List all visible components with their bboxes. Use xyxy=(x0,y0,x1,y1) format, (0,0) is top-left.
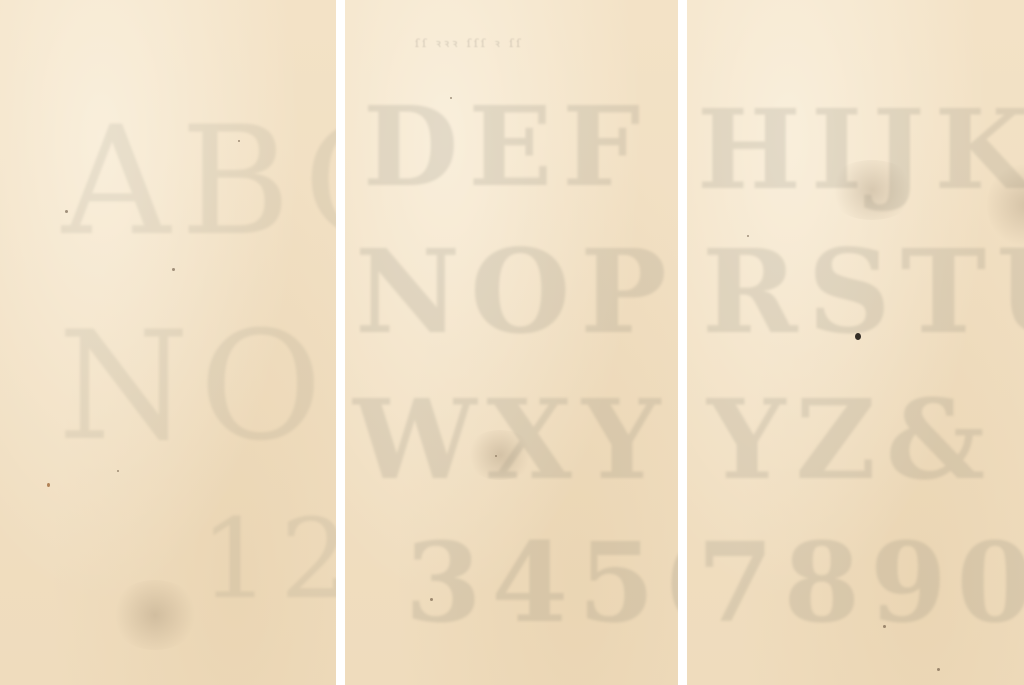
paper-speck xyxy=(117,470,119,472)
paper-speck xyxy=(937,668,940,671)
paper-speck xyxy=(883,625,886,628)
paper-speck xyxy=(747,235,749,237)
paper-speck xyxy=(238,140,240,142)
paper-speck xyxy=(65,210,68,213)
ghost-letters-row: NOPQ xyxy=(355,225,678,360)
paper-speck xyxy=(855,333,861,340)
ghost-numerals-row: 7890 xyxy=(697,518,1024,647)
paper-stain xyxy=(827,160,917,220)
ghost-letters-row: YZ& xyxy=(707,375,1024,504)
panel-gap xyxy=(678,0,687,685)
ghost-numerals-row: 3456 xyxy=(405,518,678,647)
ghost-letters-row: ABCD xyxy=(62,95,336,269)
paper-speck xyxy=(47,483,50,487)
ghost-numerals-row: 12 xyxy=(200,495,336,623)
paper-stain xyxy=(465,430,535,480)
paper-speck xyxy=(172,268,175,271)
paper-speck xyxy=(450,97,452,99)
ghost-letters-row: NOPQ xyxy=(58,300,336,474)
ghost-letters-row: RSTUV xyxy=(702,225,1024,360)
panel-gap xyxy=(336,0,345,685)
paper-panel-middle: ſſ ꝛꝛꝛ ſſſ ꝛ ſſ DEF NOPQ WXY 3456 xyxy=(345,0,678,685)
paper-panel-right: HIJKLM RSTUV YZ& 7890 xyxy=(687,0,1024,685)
ghost-header-text: ſſ ꝛꝛꝛ ſſſ ꝛ ſſ xyxy=(415,36,523,51)
ghost-letters-row: DEF xyxy=(363,82,678,211)
paper-panel-left: ABCD NOPQ 12 xyxy=(0,0,336,685)
paper-speck xyxy=(430,598,433,601)
paper-stain xyxy=(110,580,200,650)
